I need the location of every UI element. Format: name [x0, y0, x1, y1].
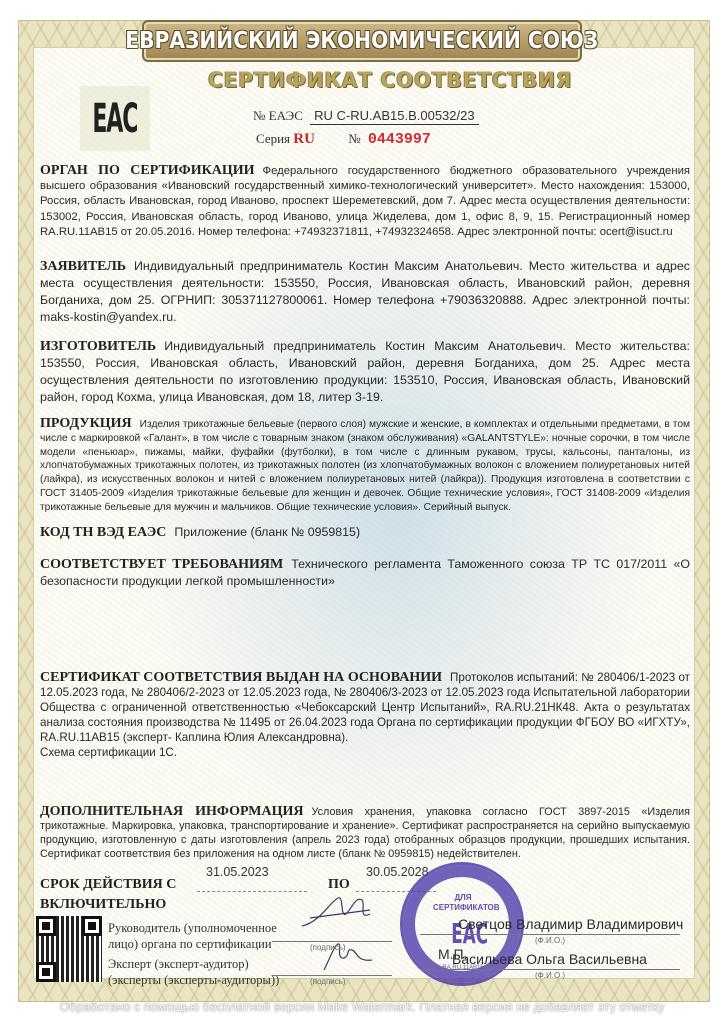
product-text: Изделия трикотажные бельевые (первого сл… — [40, 419, 690, 513]
watermark-text: Обработано с помощью бесплатной версии M… — [0, 1000, 724, 1014]
basis-heading: СЕРТИФИКАТ СООТВЕТСТВИЯ ВЫДАН НА ОСНОВАН… — [40, 670, 442, 685]
expert-signature-line — [272, 975, 392, 976]
qr-code-icon[interactable] — [36, 916, 102, 982]
applicant-section: ЗАЯВИТЕЛЬИндивидуальный предприниматель … — [40, 258, 690, 326]
product-heading: ПРОДУКЦИЯ — [40, 416, 132, 431]
qr-finder — [36, 962, 56, 982]
conformity-heading: СООТВЕТСТВУЕТ ТРЕБОВАНИЯМ — [40, 557, 283, 572]
head-signature-caption: (подпись) — [310, 943, 346, 952]
tn-ved-text: Приложение (бланк № 0959815) — [174, 525, 360, 539]
manufacturer-heading: ИЗГОТОВИТЕЛЬ — [40, 339, 156, 354]
registration-label: № ЕАЭС — [253, 108, 303, 123]
union-title: ЕВРАЗИЙСКИЙ ЭКОНОМИЧЕСКИЙ СОЮЗ — [126, 28, 599, 54]
validity-inclusive-label: ВКЛЮЧИТЕЛЬНО — [40, 897, 166, 913]
certification-body-section: ОРГАН ПО СЕРТИФИКАЦИИФедерального госуда… — [40, 163, 690, 240]
registration-number: RU C-RU.AB15.B.00532/23 — [310, 108, 478, 125]
blank-number: 0443997 — [368, 131, 431, 148]
expert-signatory-label: Эксперт (эксперт-аудитор) (эксперты (экс… — [108, 956, 279, 988]
certification-body-heading: ОРГАН ПО СЕРТИФИКАЦИИ — [40, 163, 255, 178]
product-section: ПРОДУКЦИЯИзделия трикотажные бельевые (п… — [40, 417, 690, 515]
conformity-section: СООТВЕТСТВУЕТ ТРЕБОВАНИЯМТехнического ре… — [40, 556, 690, 590]
expert-name: Васильева Ольга Васильевна — [452, 951, 647, 967]
tn-ved-heading: КОД ТН ВЭД ЕАЭС — [40, 525, 166, 540]
tn-ved-section: КОД ТН ВЭД ЕАЭСПриложение (бланк № 09598… — [40, 524, 690, 541]
certificate-title: СЕРТИФИКАТ СООТВЕТСТВИЯ — [208, 68, 522, 92]
additional-info-section: ДОПОЛНИТЕЛЬНАЯ ИНФОРМАЦИЯУсловия хранени… — [40, 805, 690, 861]
expert-signature-caption: (подпись) — [310, 977, 346, 986]
expert-name-caption: (Ф.И.О.) — [535, 971, 565, 980]
expert-name-line — [420, 969, 680, 970]
validity-to-date: 30.05.2028 — [366, 865, 429, 879]
series-label: Серия — [256, 131, 290, 146]
additional-info-heading: ДОПОЛНИТЕЛЬНАЯ ИНФОРМАЦИЯ — [40, 804, 304, 819]
blank-number-label: № — [348, 131, 360, 146]
manufacturer-section: ИЗГОТОВИТЕЛЬИндивидуальный предпринимате… — [40, 338, 690, 406]
qr-finder — [82, 916, 102, 936]
head-signatory-label: Руководитель (уполномоченное лицо) орган… — [108, 920, 277, 952]
basis-section: СЕРТИФИКАТ СООТВЕТСТВИЯ ВЫДАН НА ОСНОВАН… — [40, 670, 690, 760]
validity-from-label: СРОК ДЕЙСТВИЯ С — [40, 877, 176, 893]
applicant-heading: ЗАЯВИТЕЛЬ — [40, 259, 126, 274]
validity-to-label: ПО — [328, 877, 350, 893]
validity-from-date: 31.05.2023 — [206, 865, 269, 879]
qr-finder — [36, 916, 56, 936]
certification-scheme: Схема сертификации 1С. — [40, 745, 690, 760]
registration-number-line: № ЕАЭС RU C-RU.AB15.B.00532/23 — [253, 108, 479, 124]
eac-logo-icon: ЕАС — [80, 86, 150, 151]
head-name-line — [420, 934, 680, 935]
head-signature-line — [272, 941, 392, 942]
validity-from-line — [197, 891, 307, 892]
union-banner: ЕВРАЗИЙСКИЙ ЭКОНОМИЧЕСКИЙ СОЮЗ — [142, 20, 582, 62]
series-value: RU — [293, 131, 315, 147]
applicant-text: Индивидуальный предприниматель Костин Ма… — [40, 259, 690, 324]
series-line: Серия RU № 0443997 — [256, 131, 431, 148]
head-signature-icon — [300, 892, 380, 932]
head-name-caption: (Ф.И.О.) — [535, 936, 565, 945]
head-name: Светцов Владимир Владимирович — [458, 916, 683, 932]
